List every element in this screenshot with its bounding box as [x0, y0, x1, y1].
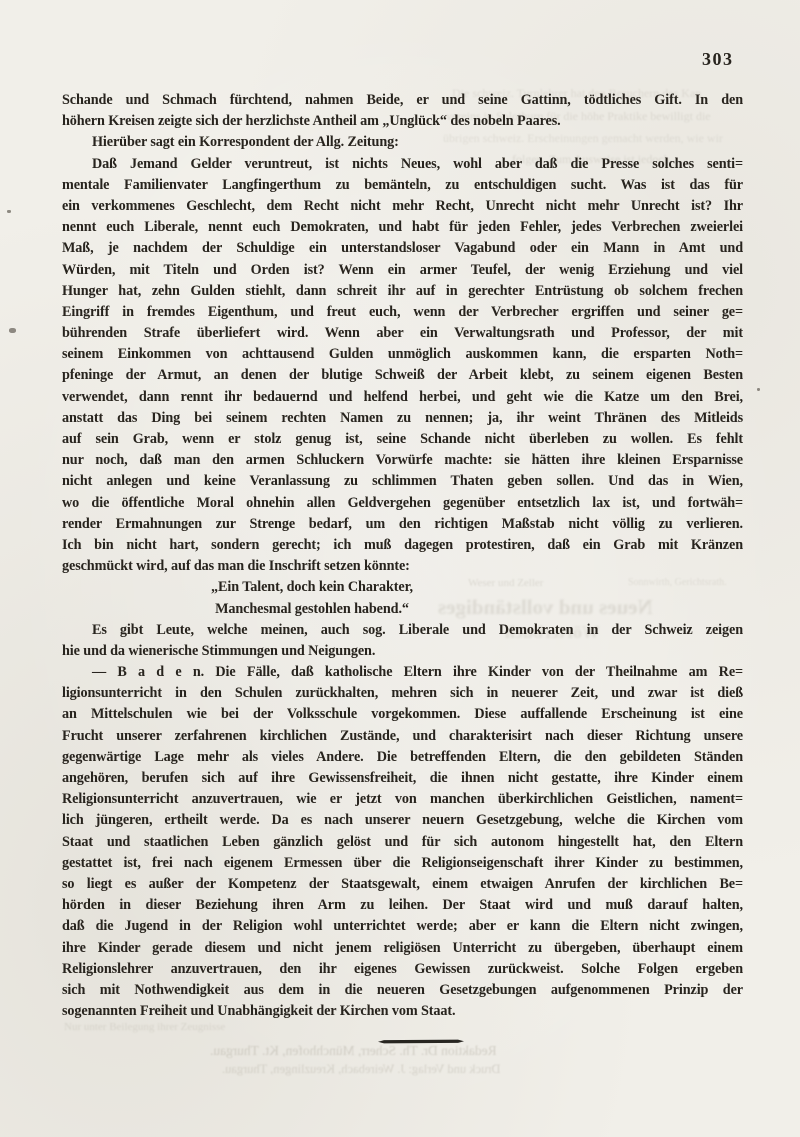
text-line: „Ein Talent, doch kein Charakter,	[62, 577, 562, 598]
text-line: höhern Kreisen zeigte sich der herzlichs…	[62, 111, 743, 132]
text-line: Würden, mit Titeln und Orden ist? Wenn e…	[62, 260, 743, 281]
text-line: so liegt es außer der Kompetenz der Staa…	[62, 874, 743, 895]
text-line: auf sein Grab, wenn er stolz genug ist, …	[62, 429, 743, 450]
text-line: bührenden Strafe überliefert wird. Wenn …	[62, 323, 743, 344]
text-block: Schande und Schmach fürchtend, nahmen Be…	[62, 90, 743, 1022]
text-line: Ich bin nicht hart, sondern gerecht; ich…	[62, 535, 743, 556]
text-line: — B a d e n. Die Fälle, daß katholische …	[62, 662, 743, 683]
text-line: gestattet ist, frei nach eigenem Ermesse…	[62, 853, 743, 874]
text-line: nicht anlegen und keine Veranlassung zu …	[62, 471, 743, 492]
text-line: mentale Familienvater Langfingerthum zu …	[62, 175, 743, 196]
page-number: 303	[702, 49, 734, 70]
text-line: daß die Jugend in der Religion wohl unte…	[62, 916, 743, 937]
text-line: nennt euch Liberale, nennt euch Demokrat…	[62, 217, 743, 238]
text-line: hie und da wienerische Stimmungen und Ne…	[62, 641, 743, 662]
text-line: Religionsunterricht anzuvertrauen, wie e…	[62, 789, 743, 810]
text-line: wo die öffentliche Moral ohnehin allen G…	[62, 493, 743, 514]
text-line: hörden in dieser Beziehung ihren Arm zu …	[62, 895, 743, 916]
bleedthrough-text: Nur unter Beilegung ihrer Zeugnisse	[64, 1021, 225, 1033]
text-line: ein verkommenes Geschlecht, dem Recht ni…	[62, 196, 743, 217]
scan-speck	[7, 210, 11, 213]
text-line: Manchesmal gestohlen habend.“	[62, 599, 562, 620]
text-line: Staat und staatlichen Leben gänzlich gel…	[62, 832, 743, 853]
text-line: Religionslehrer anzuvertrauen, den ihr e…	[62, 959, 743, 980]
scan-speck	[757, 388, 760, 391]
text-line: Schande und Schmach fürchtend, nahmen Be…	[62, 90, 743, 111]
text-line: Maß, je nachdem der Schuldige ein unters…	[62, 238, 743, 259]
text-line: nur noch, daß man den armen Schluckern V…	[62, 450, 743, 471]
text-line: ihre Kinder gerade diesem und nicht jene…	[62, 938, 743, 959]
text-line: Frucht unserer zerfahrenen kirchlichen Z…	[62, 726, 743, 747]
text-line: verwendet, dann rennt ihr bedauernd und …	[62, 387, 743, 408]
bleedthrough-text: Druck und Verlag: J. Weirebach, Kreuzlin…	[222, 1062, 501, 1077]
bleedthrough-text: Redaktion Dr. Th. Scherr, Münchhofen, Kt…	[210, 1043, 497, 1059]
text-line: seinem Einkommen von achttausend Gulden …	[62, 344, 743, 365]
end-rule	[378, 1039, 464, 1045]
text-line: pfeninge der Armut, an denen der blutige…	[62, 365, 743, 386]
text-line: lich jüngeren, ertheilt werde. Da es nac…	[62, 810, 743, 831]
text-line: anstatt das Ding bei seinem rechten Name…	[62, 408, 743, 429]
text-line: Hunger hat, zehn Gulden stiehlt, dann sc…	[62, 281, 743, 302]
text-line: Eingriff in fremdes Eigenthum, und freut…	[62, 302, 743, 323]
text-line: sogenannten Freiheit und Unabhängigkeit …	[62, 1001, 743, 1022]
text-line: Daß Jemand Gelder veruntreut, ist nichts…	[62, 154, 743, 175]
text-line: gegenwärtige Lage mehr als vieles Andere…	[62, 747, 743, 768]
scanned-page: Die schweiz. Turnlehrer hat den Besucher…	[0, 0, 800, 1137]
text-line: sich mit Nothwendigkeit aus dem in die n…	[62, 980, 743, 1001]
text-line: angehören, berufen sich auf ihre Gewisse…	[62, 768, 743, 789]
scan-speck	[9, 328, 16, 333]
text-line: ligionsunterricht in den Schulen zurückh…	[62, 683, 743, 704]
text-line: Hierüber sagt ein Korrespondent der Allg…	[62, 132, 743, 153]
text-line: Es gibt Leute, welche meinen, auch sog. …	[62, 620, 743, 641]
text-line: an Mittelschulen wie bei der Volksschule…	[62, 704, 743, 725]
text-line: render Ermahnungen zur Strenge bedarf, u…	[62, 514, 743, 535]
text-line: geschmückt wird, auf das man die Inschri…	[62, 556, 743, 577]
